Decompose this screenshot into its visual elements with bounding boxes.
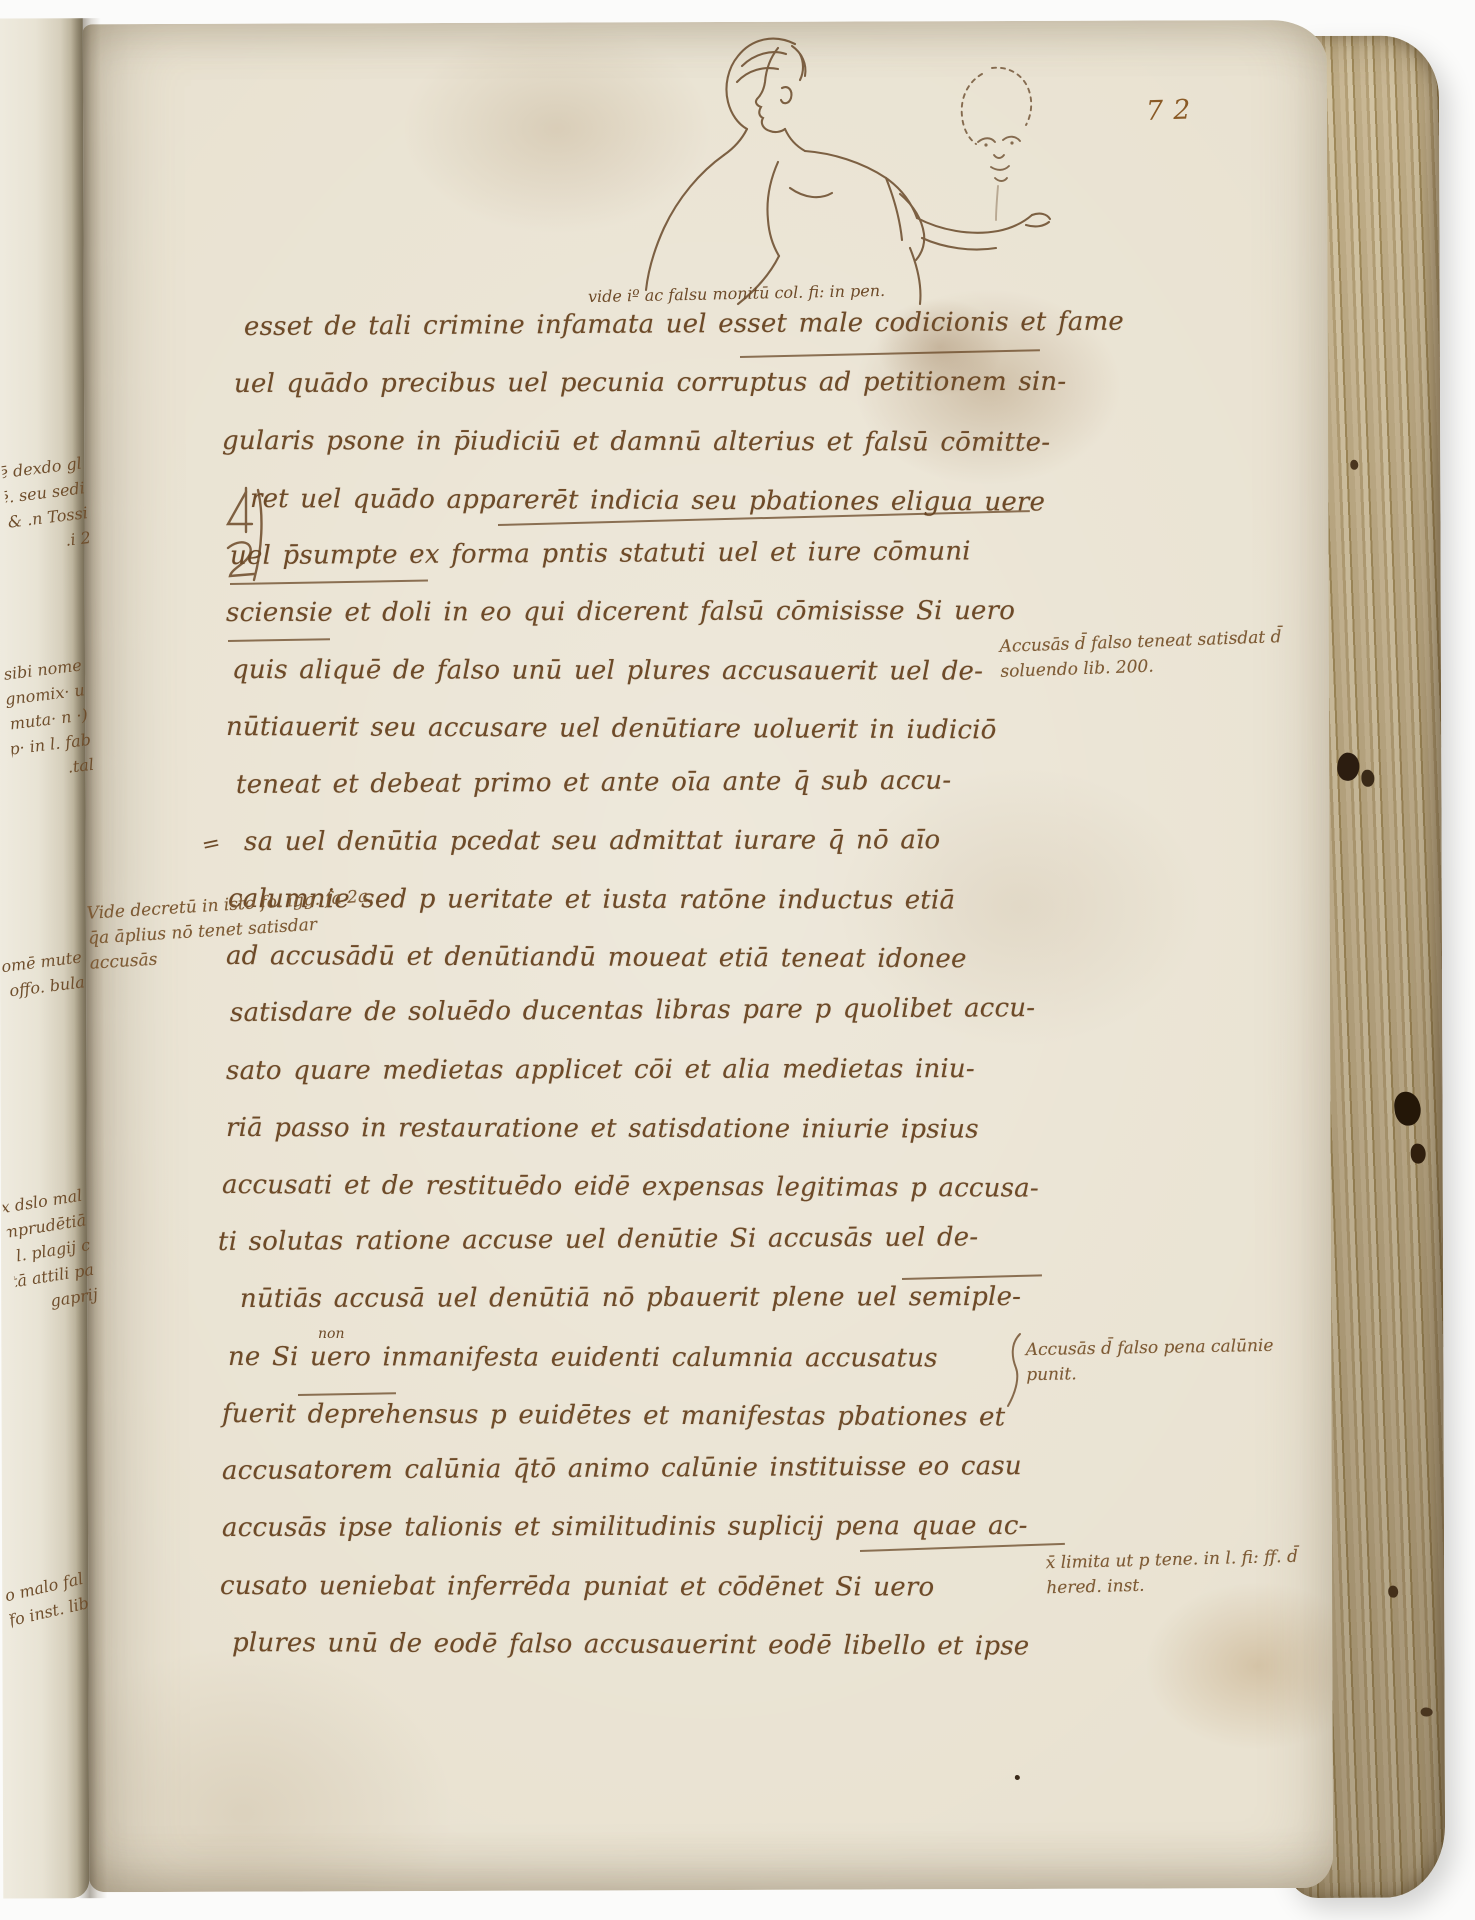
underline-stroke	[228, 638, 330, 642]
text-line: gularis psone in p̄iudiciū et damnū alte…	[222, 424, 1050, 460]
prev-page-fragment: uē dexdo gl ē. seu sedi n Tossi. & i 2.	[1, 450, 97, 559]
text-line: fuerit deprehensus p euidētes et manifes…	[222, 1397, 1005, 1434]
figure-ear	[781, 87, 791, 103]
text-line: sciensie et doli in eo qui dicerent fals…	[226, 594, 1015, 630]
text-line: accusās ipse talionis et similitudinis s…	[222, 1509, 1028, 1545]
right-margin-note: Accusās d̄ falso pena calūnie punit.	[1026, 1334, 1275, 1388]
figure-shoulder-arm	[805, 151, 917, 218]
text-line: accusati et de restituēdo eidē expensas …	[222, 1168, 1039, 1206]
text-line: satisdare de soluēdo ducentas libras par…	[230, 991, 1035, 1030]
prev-page-fragment: ō ex dslo mal imprudētiā in l. plagij c …	[1, 1182, 104, 1319]
margin-note-line: hered. inst.	[1046, 1570, 1299, 1602]
nude-figure-sketch	[470, 22, 1060, 307]
prev-page-fragment: dolo malo fal ffo inst. lib	[2, 1565, 95, 1633]
text-line: cusato ueniebat inferrēda puniat et cōdē…	[220, 1569, 934, 1604]
text-line: sato quare medietas applicet cōi et alia…	[226, 1052, 975, 1088]
text-line: ne Si uero inmanifesta euidenti calumnia…	[228, 1340, 938, 1375]
text-line: teneat et debeat primo et ante oīa ante …	[236, 764, 952, 802]
small-head-sketch	[962, 68, 1032, 220]
margin-note-line: punit.	[1026, 1359, 1274, 1388]
underline-stroke	[860, 1543, 1065, 1552]
prev-page-fragment: o sibi nome gnomix· u (· ō muta· n Ap· i…	[1, 652, 100, 786]
text-line: nūtiauerit seu accusare uel denūtiare uo…	[226, 710, 997, 747]
figure-forearm	[917, 215, 1032, 233]
text-line: quis aliquē de falso unū uel plures accu…	[232, 653, 983, 689]
text-line: nūtiās accusā uel denūtiā nō pbauerit pl…	[240, 1280, 1021, 1316]
interlinear-correction: non	[318, 1326, 344, 1342]
text-line: esset de tali crimine infamata uel esset…	[244, 305, 1124, 344]
prev-page-fragment: i nomē mute t ad offo. bula	[1, 944, 90, 1004]
text-line: uel p̄sumpte ex forma pntis statuti uel …	[230, 534, 971, 573]
figure-profile	[756, 48, 785, 132]
text-line: plures unū de eodē falso accusauerint eo…	[232, 1626, 1030, 1663]
insertion-mark: =	[200, 830, 223, 858]
text-line: uel quādo precibus uel pecunia corruptus…	[234, 365, 1066, 401]
text-line: sa uel denūtia pcedat seu admittat iurar…	[244, 823, 940, 859]
underline-stroke	[298, 1392, 396, 1396]
right-margin-note: x̄ limita ut p tene. in l. fi: ff. d̄ he…	[1045, 1545, 1298, 1602]
margin-brace-icon	[1004, 1332, 1026, 1410]
figure-chest	[767, 162, 779, 256]
text-line: accusatorem calūnia q̄tō animo calūnie i…	[222, 1449, 1022, 1488]
figure-back-line	[646, 155, 724, 290]
underline-stroke	[740, 349, 1040, 358]
right-margin-note: Accusās d̄ falso teneat satisdat d̄ solu…	[999, 625, 1283, 685]
text-line: riā passo in restauratione et satisdatio…	[226, 1111, 979, 1147]
text-line: ti solutas ratione accuse uel denūtie Si…	[218, 1220, 979, 1259]
folio-number: 72	[1145, 94, 1200, 127]
margin-note-line: Accusās d̄ falso pena calūnie	[1026, 1334, 1274, 1363]
